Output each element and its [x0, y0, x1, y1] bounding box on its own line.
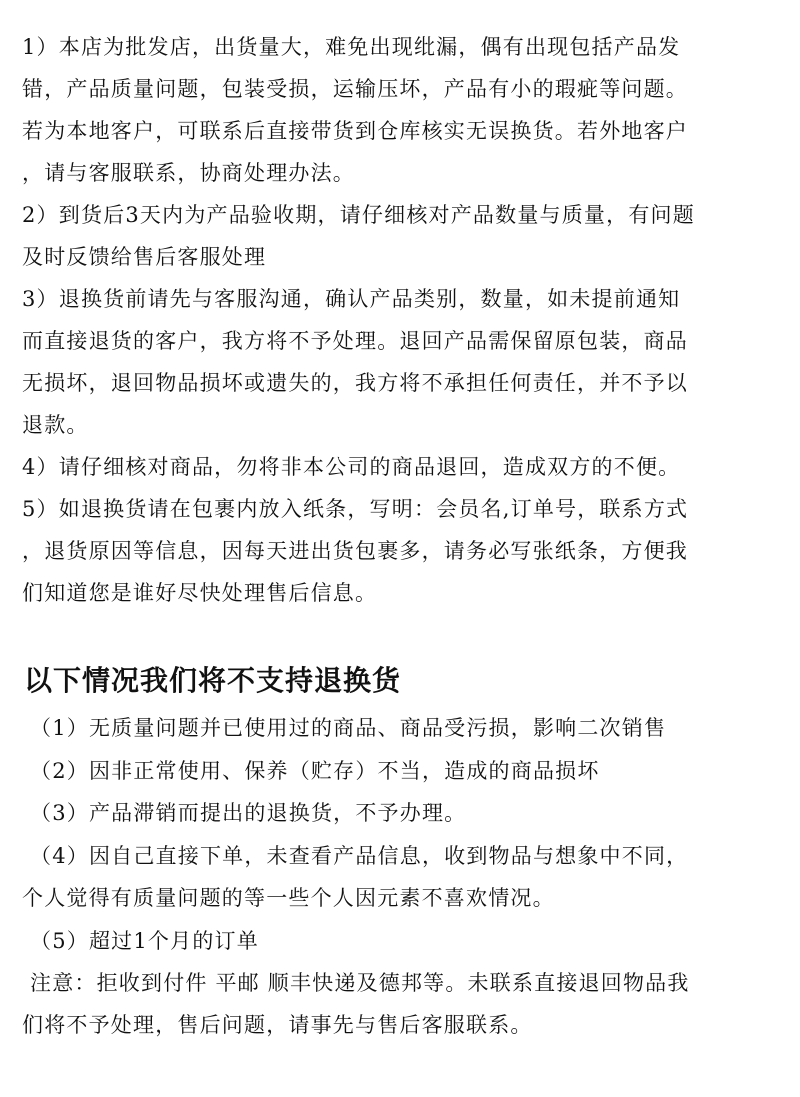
policy-line: 无损坏，退回物品损坏或遗失的，我方将不承担任何责任，并不予以 [22, 370, 688, 396]
no-return-heading: 以下情况我们将不支持退换货 [24, 664, 401, 698]
policy-line: 2）到货后3天内为产品验收期，请仔细核对产品数量与质量，有问题 [22, 202, 695, 228]
policy-line: 若为本地客户，可联系后直接带货到仓库核实无误换货。若外地客户 [22, 118, 688, 144]
no-return-item: （2）因非正常使用、保养（贮存）不当，造成的商品损坏 [30, 758, 600, 784]
policy-line: ，请与客服联系，协商处理办法。 [22, 160, 355, 186]
notice-line: 注意：拒收到付件 平邮 顺丰快递及德邦等。未联系直接退回物品我 [30, 970, 690, 996]
policy-line: 1）本店为批发店，出货量大，难免出现纰漏，偶有出现包括产品发 [22, 34, 680, 60]
no-return-item: （5）超过1个月的订单 [30, 928, 259, 954]
no-return-item: （3）产品滞销而提出的退换货，不予办理。 [30, 800, 466, 826]
policy-line: 5）如退换货请在包裹内放入纸条，写明：会员名,订单号，联系方式 [22, 496, 688, 522]
policy-line: 们知道您是谁好尽快处理售后信息。 [22, 580, 377, 606]
policy-line: ，退货原因等信息，因每天进出货包裹多，请务必写张纸条，方便我 [22, 538, 688, 564]
policy-line: 退款。 [22, 412, 89, 438]
policy-line: 3）退换货前请先与客服沟通，确认产品类别，数量，如未提前通知 [22, 286, 680, 312]
policy-line: 4）请仔细核对商品，勿将非本公司的商品退回，造成双方的不便。 [22, 454, 680, 480]
no-return-item: 个人觉得有质量问题的等一些个人因元素不喜欢情况。 [22, 885, 555, 911]
policy-line: 而直接退货的客户，我方将不予处理。退回产品需保留原包装，商品 [22, 328, 688, 354]
no-return-item: （1）无质量问题并已使用过的商品、商品受污损，影响二次销售 [30, 715, 666, 741]
no-return-item: （4）因自己直接下单，未查看产品信息，收到物品与想象中不同， [30, 843, 688, 869]
policy-line: 错，产品质量问题，包装受损，运输压坏，产品有小的瑕疵等问题。 [22, 76, 688, 102]
policy-line: 及时反馈给售后客服处理 [22, 244, 266, 270]
notice-line: 们将不予处理，售后问题，请事先与售后客服联系。 [22, 1012, 533, 1038]
